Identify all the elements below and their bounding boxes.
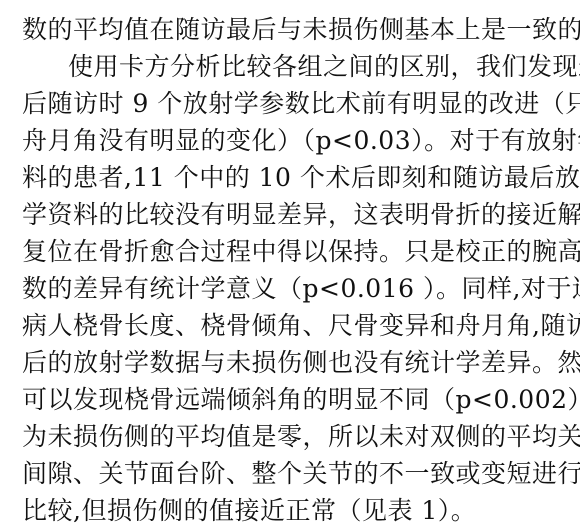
text-line-10: 后的放射学数据与未损伤侧也没有统计学差异。然而 <box>22 344 580 381</box>
text-line-7: 复位在骨折愈合过程中得以保持。只是校正的腕高指 <box>22 233 580 270</box>
text-line-4: 舟月角没有明显的变化）（p<0.03）。对于有放射学资 <box>22 122 580 159</box>
text-line-9: 病人桡骨长度、桡骨倾角、尺骨变异和舟月角,随访最 <box>22 307 580 344</box>
text-line-14: 比较,但损伤侧的值接近正常（见表 1）。 <box>22 492 476 524</box>
text-line-1: 数的平均值在随访最后与未损伤侧基本上是一致的。 <box>22 11 580 48</box>
text-line-6: 学资料的比较没有明显差异，这表明骨折的接近解剖 <box>22 196 580 233</box>
text-line-8: 数的差异有统计学意义（p<0.016 ）。同样,对于这些 <box>22 270 580 307</box>
document-page: 数的平均值在随访最后与未损伤侧基本上是一致的。 使用卡方分析比较各组之间的区别，… <box>0 0 580 524</box>
text-line-13: 间隙、关节面台阶、整个关节的不一致或变短进行统计 <box>22 455 580 492</box>
text-line-5: 料的患者,11 个中的 10 个术后即刻和随访最后放射 <box>22 159 580 196</box>
text-line-3: 后随访时 9 个放射学参数比术前有明显的改进（只有 <box>22 85 580 122</box>
text-line-2-paragraph-start: 使用卡方分析比较各组之间的区别，我们发现最 <box>68 48 580 85</box>
text-line-12: 为未损伤侧的平均值是零，所以未对双侧的平均关节 <box>22 418 580 455</box>
text-line-11: 可以发现桡骨远端倾斜角的明显不同（p<0.002）。因 <box>22 381 580 418</box>
